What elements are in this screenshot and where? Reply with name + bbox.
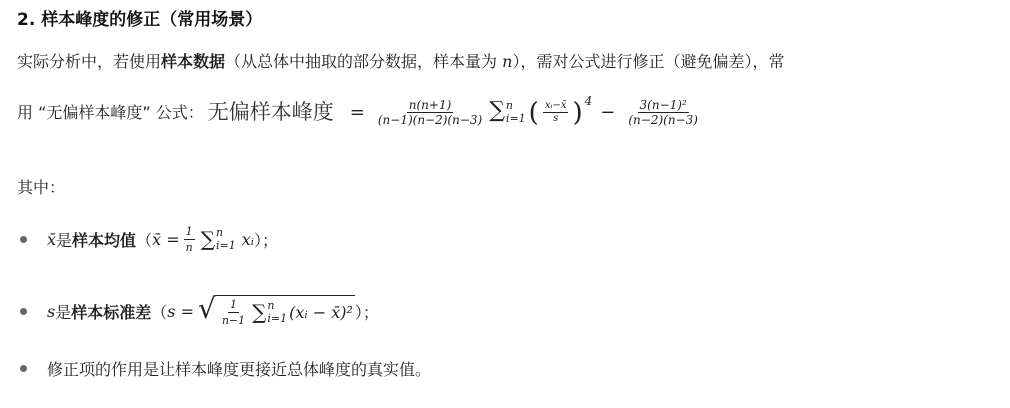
list-item-stddev: s 是 样本标准差 （ s = √ 1 n−1 ∑ ni=1 (xᵢ − x̄)… [17,295,379,327]
stddev-formula: s = √ 1 n−1 ∑ ni=1 (xᵢ − x̄)² [167,295,355,327]
inner-fraction: xᵢ−x̄ s [543,101,569,124]
summation: ∑ ni=1 [252,300,287,324]
denominator: (n−1)(n−2)(n−3) [376,113,484,126]
lower-limit: i=1 [267,313,287,325]
text: ）； [355,300,379,323]
fraction: 1 n−1 [220,298,247,327]
radical-icon: √ [198,295,216,327]
right-paren: ) [572,100,582,126]
numerator: 1 [228,298,239,313]
formula-lhs: x̄ = [152,230,180,249]
sigma-symbol: ∑ [489,100,505,122]
summation: ∑ ni=1 [201,227,236,251]
lower-limit: i=1 [216,240,236,252]
unbiased-kurtosis-formula: 无偏样本峰度 = n(n+1) (n−1)(n−2)(n−3) ∑ ni=1 (… [208,99,703,126]
bullet-icon [20,308,27,315]
bold-term: 样本标准差 [71,300,151,323]
formula-label: 无偏样本峰度 [208,102,334,123]
paragraph-line-1: 实际分析中，若使用样本数据（从总体中抽取的部分数据，样本量为 n），需对公式进行… [17,54,784,70]
bullet-icon [20,365,27,372]
text: （从总体中抽取的部分数据，样本量为 [225,52,502,71]
text: 实际分析中，若使用 [17,52,161,71]
math-var: s [47,302,55,321]
equals-sign: = [350,104,365,122]
math-var: x̄ [47,230,56,249]
paragraph-line-2: 用 “无偏样本峰度” 公式： 无偏样本峰度 = n(n+1) (n−1)(n−2… [17,99,703,126]
section-heading: 2. 样本峰度的修正（常用场景） [17,5,262,30]
text: 用 “无偏样本峰度” 公式： [17,105,204,121]
fraction-1: n(n+1) (n−1)(n−2)(n−3) [376,99,484,126]
denominator: n [184,240,195,254]
left-paren: ( [529,100,539,126]
where-label: 其中： [17,175,65,198]
bold-term: 样本数据 [161,52,225,71]
text: ）； [254,228,278,251]
exponent: 4 [585,95,593,107]
text: 是 [56,228,72,251]
upper-limit: n [506,100,526,112]
numerator: 1 [184,225,195,240]
summation: ∑ ni=1 [489,100,525,124]
formula-lhs: s = [167,302,194,321]
lower-limit: i=1 [506,113,526,125]
denominator: s [551,113,560,124]
text: ），需对公式进行修正（避免偏差），常 [512,52,784,71]
term: xᵢ [242,230,254,249]
numerator: n(n+1) [407,99,454,113]
minus-sign: − [600,104,615,122]
bullet-icon [20,236,27,243]
upper-limit: n [216,227,236,239]
square-root: √ 1 n−1 ∑ ni=1 (xᵢ − x̄)² [198,295,355,327]
fraction-2: 3(n−1)² (n−2)(n−3) [626,99,700,126]
text: （ [136,228,152,251]
math-var: n [502,52,512,71]
term: (xᵢ − x̄)² [289,303,353,322]
text: 修正项的作用是让样本峰度更接近总体峰度的真实值。 [47,357,431,380]
denominator: (n−2)(n−3) [626,113,700,126]
upper-limit: n [267,300,287,312]
numerator: xᵢ−x̄ [543,101,569,113]
bold-term: 样本均值 [72,228,136,251]
text: （ [151,300,167,323]
denominator: n−1 [220,313,247,327]
fraction: 1 n [184,225,195,254]
list-item-note: 修正项的作用是让样本峰度更接近总体峰度的真实值。 [17,357,431,380]
mean-formula: x̄ = 1 n ∑ ni=1 xᵢ [152,225,254,254]
list-item-mean: x̄ 是 样本均值 （ x̄ = 1 n ∑ ni=1 xᵢ ）； [17,225,278,254]
numerator: 3(n−1)² [638,99,689,113]
text: 是 [55,300,71,323]
